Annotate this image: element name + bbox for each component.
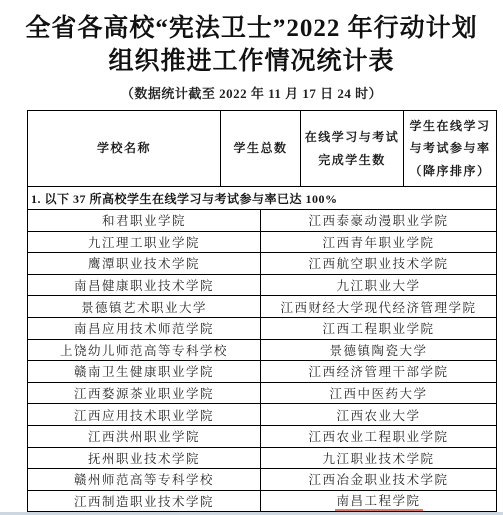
- school-cell: 南昌健康职业技术学院: [28, 274, 261, 296]
- school-cell: 赣南卫生健康职业学院: [28, 361, 261, 383]
- table-row: 抚州职业技术学院 九江职业技术学院: [28, 447, 497, 469]
- school-cell: 江西经济管理干部学院: [261, 361, 497, 383]
- table-row: 南昌应用技术师范学院 江西工程职业学院: [28, 317, 497, 339]
- section-1-header: 1. 以下 37 所高校学生在线学习与考试参与率已达 100%: [28, 187, 497, 210]
- school-cell: 江西工程职业学院: [261, 317, 497, 339]
- page-title: 全省各高校“宪法卫士”2022 年行动计划 组织推进工作情况统计表 （数据统计截…: [0, 12, 503, 102]
- school-cell: 江西青年职业学院: [261, 231, 497, 253]
- school-cell: 江西洪州职业学院: [28, 425, 261, 447]
- title-line-1: 全省各高校“宪法卫士”2022 年行动计划: [0, 12, 503, 45]
- table-row: 江西洪州职业学院 江西农业工程职业学院: [28, 425, 497, 447]
- table-row: 江西应用技术职业学院 江西农业大学: [28, 404, 497, 426]
- school-cell: 上饶幼儿师范高等专科学校: [28, 339, 261, 361]
- school-cell: 抚州职业技术学院: [28, 447, 261, 469]
- table-row: 赣州师范高等专科学校 江西冶金职业技术学院: [28, 469, 497, 491]
- school-cell: 江西应用技术职业学院: [28, 404, 261, 426]
- table-row: 景德镇艺术职业大学 江西财经大学现代经济管理学院: [28, 296, 497, 318]
- header-school-name: 学校名称: [28, 111, 221, 187]
- school-cell: 江西农业工程职业学院: [261, 425, 497, 447]
- school-cell: 南昌工程学院: [261, 490, 497, 512]
- school-cell: 九江理工职业学院: [28, 231, 261, 253]
- school-cell: 南昌应用技术师范学院: [28, 317, 261, 339]
- school-cell: 江西农业大学: [261, 404, 497, 426]
- school-cell: 和君职业学院: [28, 210, 261, 232]
- school-cell: 鹰潭职业技术学院: [28, 253, 261, 275]
- school-cell: 江西中医药大学: [261, 382, 497, 404]
- school-cell: 江西航空职业技术学院: [261, 253, 497, 275]
- highlighted-school-underline: 南昌工程学院: [335, 491, 423, 511]
- table-row: 九江理工职业学院 江西青年职业学院: [28, 231, 497, 253]
- header-completed-count: 在线学习与考试 完成学生数: [301, 111, 404, 187]
- header-participation-rate: 学生在线学习 与考试参与率 （降序排序）: [404, 111, 497, 187]
- table-row: 江西制造职业技术学院 南昌工程学院: [28, 490, 497, 512]
- statistics-table: 学校名称 学生总数 在线学习与考试 完成学生数 学生在线学习 与考试参与率 （降…: [27, 110, 496, 512]
- school-cell: 九江职业大学: [261, 274, 497, 296]
- school-cell: 九江职业技术学院: [261, 447, 497, 469]
- title-line-2: 组织推进工作情况统计表: [0, 45, 503, 78]
- school-cell: 江西泰豪动漫职业学院: [261, 210, 497, 232]
- table-header-row: 学校名称 学生总数 在线学习与考试 完成学生数 学生在线学习 与考试参与率 （降…: [28, 111, 497, 187]
- school-cell: 江西冶金职业技术学院: [261, 469, 497, 491]
- table-row: 江西婺源茶业职业学院 江西中医药大学: [28, 382, 497, 404]
- school-cell: 景德镇陶瓷大学: [261, 339, 497, 361]
- table-row: 南昌健康职业技术学院 九江职业大学: [28, 274, 497, 296]
- school-cell: 景德镇艺术职业大学: [28, 296, 261, 318]
- data-cutoff-note: （数据统计截至 2022 年 11 月 17 日 24 时）: [0, 83, 503, 102]
- header-student-total: 学生总数: [221, 111, 301, 187]
- school-cell: 江西制造职业技术学院: [28, 490, 261, 512]
- table-row: 赣南卫生健康职业学院 江西经济管理干部学院: [28, 361, 497, 383]
- school-cell: 赣州师范高等专科学校: [28, 469, 261, 491]
- table-row: 和君职业学院 江西泰豪动漫职业学院: [28, 210, 497, 232]
- school-cell: 江西财经大学现代经济管理学院: [261, 296, 497, 318]
- table-row: 鹰潭职业技术学院 江西航空职业技术学院: [28, 253, 497, 275]
- section-1-title: 1. 以下 37 所高校学生在线学习与考试参与率已达 100%: [28, 187, 497, 210]
- school-cell: 江西婺源茶业职业学院: [28, 382, 261, 404]
- table-row: 上饶幼儿师范高等专科学校 景德镇陶瓷大学: [28, 339, 497, 361]
